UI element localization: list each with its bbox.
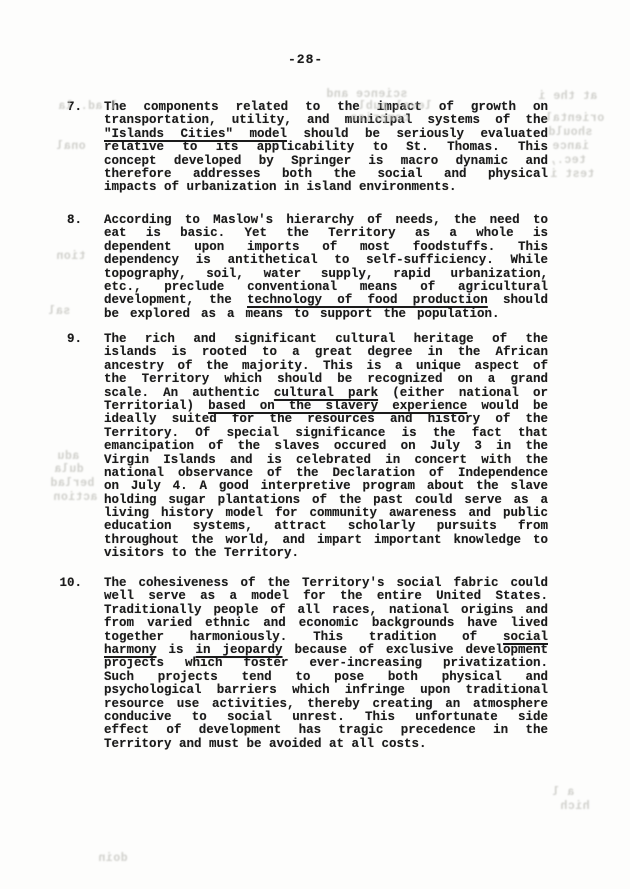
text-line: etc., preclude conventional means of agr… (104, 281, 548, 294)
text-segment: scale. An authentic (104, 386, 274, 400)
text-line: The rich and significant cultural herita… (104, 333, 548, 346)
text-segment: should be seriously evaluated (287, 127, 548, 141)
underlined-text: based on the slavery experience (208, 399, 467, 413)
text-segment: The rich and significant cultural herita… (104, 332, 548, 346)
text-line: Traditionally people of all races, natio… (104, 604, 548, 617)
text-segment: throughout the world, and impart importa… (104, 533, 548, 547)
text-line: conducive to social unrest. This unfortu… (104, 711, 548, 724)
underlined-text: in jeopardy (196, 643, 283, 657)
text-line: dependency is antithetical to self-suffi… (104, 254, 548, 267)
text-segment: relative to its applicability to St. Tho… (104, 140, 548, 154)
bleed-through-text: tec., (549, 154, 586, 167)
text-segment: would be (467, 399, 548, 413)
text-line: topography, soil, water supply, rapid ur… (104, 268, 548, 281)
text-segment: According to Maslow's hierarchy of needs… (104, 213, 548, 227)
text-segment: Territory and must be avoided at all cos… (104, 737, 427, 751)
text-segment: islands is rooted to a great degree in t… (104, 345, 548, 359)
text-line: from varied ethnic and economic backgrou… (104, 617, 548, 630)
text-segment: etc., preclude conventional means of agr… (104, 280, 548, 294)
text-segment: visitors to the Territory. (104, 546, 299, 560)
text-segment: topography, soil, water supply, rapid ur… (104, 267, 548, 281)
text-segment: on July 4. A good interpretive program a… (104, 479, 548, 493)
text-line: ancestry of the majority. This is a uniq… (104, 360, 548, 373)
text-line: The cohesiveness of the Territory's soci… (104, 577, 548, 590)
text-line: Territorial) based on the slavery experi… (104, 400, 548, 413)
bleed-through-text: action (53, 491, 97, 504)
text-line: emancipation of the slaves occured on Ju… (104, 440, 548, 453)
text-segment: is (157, 643, 196, 657)
text-segment: psychological barriers which infringe up… (104, 683, 548, 697)
text-segment: ideally suited for the resources and his… (104, 412, 548, 426)
paragraph-9-number: 9. (58, 333, 82, 346)
text-segment: the Territory which should be recognized… (104, 372, 548, 386)
bleed-through-text: dula (54, 463, 84, 476)
text-line: Territory. Of special significance is th… (104, 427, 548, 440)
text-line: Such projects tend to pose both physical… (104, 671, 548, 684)
text-segment: transportation, utility, and municipal s… (104, 113, 548, 127)
text-line: dependent upon imports of most foodstuff… (104, 241, 548, 254)
paragraph-9-body: The rich and significant cultural herita… (104, 333, 548, 561)
text-line: The components related to the impact of … (104, 101, 548, 114)
paragraph-7-number: 7. (58, 101, 82, 114)
text-segment: effect of development has tragic precede… (104, 723, 548, 737)
paragraph-8-body: According to Maslow's hierarchy of needs… (104, 214, 548, 321)
text-segment: conducive to social unrest. This unfortu… (104, 710, 548, 724)
text-segment: eat is basic. Yet the Territory as a who… (104, 226, 548, 240)
paragraph-10-body: The cohesiveness of the Territory's soci… (104, 577, 548, 751)
text-segment: development, the (104, 293, 247, 307)
text-line: relative to its applicability to St. Tho… (104, 141, 548, 154)
paragraph-8-number: 8. (58, 214, 82, 227)
text-segment: (either national or (378, 386, 548, 400)
text-segment: should (488, 293, 548, 307)
text-line: education systems, attract scholarly pur… (104, 520, 548, 533)
text-segment: Territory. Of special significance is th… (104, 426, 548, 440)
text-segment: The components related to the impact of … (104, 100, 548, 114)
bleed-through-text: oriental (545, 112, 604, 125)
text-line: throughout the world, and impart importa… (104, 534, 548, 547)
bleed-through-text: tion (56, 250, 86, 263)
paragraph-10-number: 10. (58, 577, 82, 590)
text-line: "Islands Cities" model should be serious… (104, 128, 548, 141)
text-line: the Territory which should be recognized… (104, 373, 548, 386)
text-line: national observance of the Declaration o… (104, 467, 548, 480)
underlined-text: cultural park (274, 386, 378, 400)
text-segment: ancestry of the majority. This is a uniq… (104, 359, 548, 373)
text-line: scale. An authentic cultural park (eithe… (104, 387, 548, 400)
underlined-text: social (503, 630, 548, 644)
text-line: be explored as a means to support the po… (104, 308, 548, 321)
text-line: visitors to the Territory. (104, 547, 548, 560)
bleed-through-text: should (548, 126, 592, 139)
text-line: effect of development has tragic precede… (104, 724, 548, 737)
text-line: concept developed by Springer is macro d… (104, 155, 548, 168)
text-line: harmony is in jeopardy because of exclus… (104, 644, 548, 657)
text-line: eat is basic. Yet the Territory as a who… (104, 227, 548, 240)
underlined-text: "Islands Cities" model (104, 127, 287, 141)
text-segment: impacts of urbanization in island enviro… (104, 180, 457, 194)
bleed-through-text: doin (98, 852, 128, 865)
text-line: well serve as a model for the entire Uni… (104, 590, 548, 603)
text-line: development, the technology of food prod… (104, 294, 548, 307)
underlined-text: technology of food production (247, 293, 488, 307)
document-page: -28- 7. The components related to the im… (0, 0, 630, 889)
text-segment: holding sugar plantations of the past co… (104, 493, 548, 507)
paragraph-7-body: The components related to the impact of … (104, 101, 548, 195)
page-number: -28- (288, 52, 323, 67)
text-line: together harmoniously. This tradition of… (104, 631, 548, 644)
text-line: islands is rooted to a great degree in t… (104, 346, 548, 359)
text-segment: from varied ethnic and economic backgrou… (104, 616, 548, 630)
text-segment: emancipation of the slaves occured on Ju… (104, 439, 548, 453)
text-line: projects which foster ever-increasing pr… (104, 657, 548, 670)
text-segment: Traditionally people of all races, natio… (104, 603, 548, 617)
text-line: ideally suited for the resources and his… (104, 413, 548, 426)
text-segment: well serve as a model for the entire Uni… (104, 589, 548, 603)
bleed-through-text: onal (56, 140, 86, 153)
text-segment: together harmoniously. This tradition of (104, 630, 503, 644)
text-line: holding sugar plantations of the past co… (104, 494, 548, 507)
text-segment: dependency is antithetical to self-suffi… (104, 253, 548, 267)
text-line: living history model for community aware… (104, 507, 548, 520)
text-line: therefore addresses both the social and … (104, 168, 548, 181)
text-segment: concept developed by Springer is macro d… (104, 154, 548, 168)
text-line: transportation, utility, and municipal s… (104, 114, 548, 127)
bleed-through-text: hich (560, 800, 590, 813)
text-line: impacts of urbanization in island enviro… (104, 181, 548, 194)
text-segment: Territorial) (104, 399, 208, 413)
text-segment: education systems, attract scholarly pur… (104, 519, 548, 533)
text-line: psychological barriers which infringe up… (104, 684, 548, 697)
text-segment: dependent upon imports of most foodstuff… (104, 240, 548, 254)
text-segment: resource use activities, thereby creatin… (104, 697, 548, 711)
text-line: on July 4. A good interpretive program a… (104, 480, 548, 493)
text-segment: living history model for community aware… (104, 506, 548, 520)
text-segment: projects which foster ever-increasing pr… (104, 656, 548, 670)
text-segment: national observance of the Declaration o… (104, 466, 548, 480)
text-segment: be explored as a means to support the po… (104, 307, 500, 321)
text-line: According to Maslow's hierarchy of needs… (104, 214, 548, 227)
text-line: Territory and must be avoided at all cos… (104, 738, 548, 751)
bleed-through-text: iance (552, 140, 589, 153)
text-segment: The cohesiveness of the Territory's soci… (104, 576, 548, 590)
bleed-through-text: adu (57, 450, 79, 463)
text-segment: Virgin Islands and is celebrated in conc… (104, 453, 548, 467)
bleed-through-text: berlad (50, 477, 94, 490)
underlined-text: harmony (104, 643, 157, 657)
bleed-through-text: a l (552, 786, 574, 799)
text-line: resource use activities, thereby creatin… (104, 698, 548, 711)
text-segment: Such projects tend to pose both physical… (104, 670, 548, 684)
bleed-through-text: test i (550, 168, 594, 181)
text-segment: therefore addresses both the social and … (104, 167, 548, 181)
text-segment: because of exclusive development (283, 643, 549, 657)
bleed-through-text: sal (48, 305, 70, 318)
text-line: Virgin Islands and is celebrated in conc… (104, 454, 548, 467)
